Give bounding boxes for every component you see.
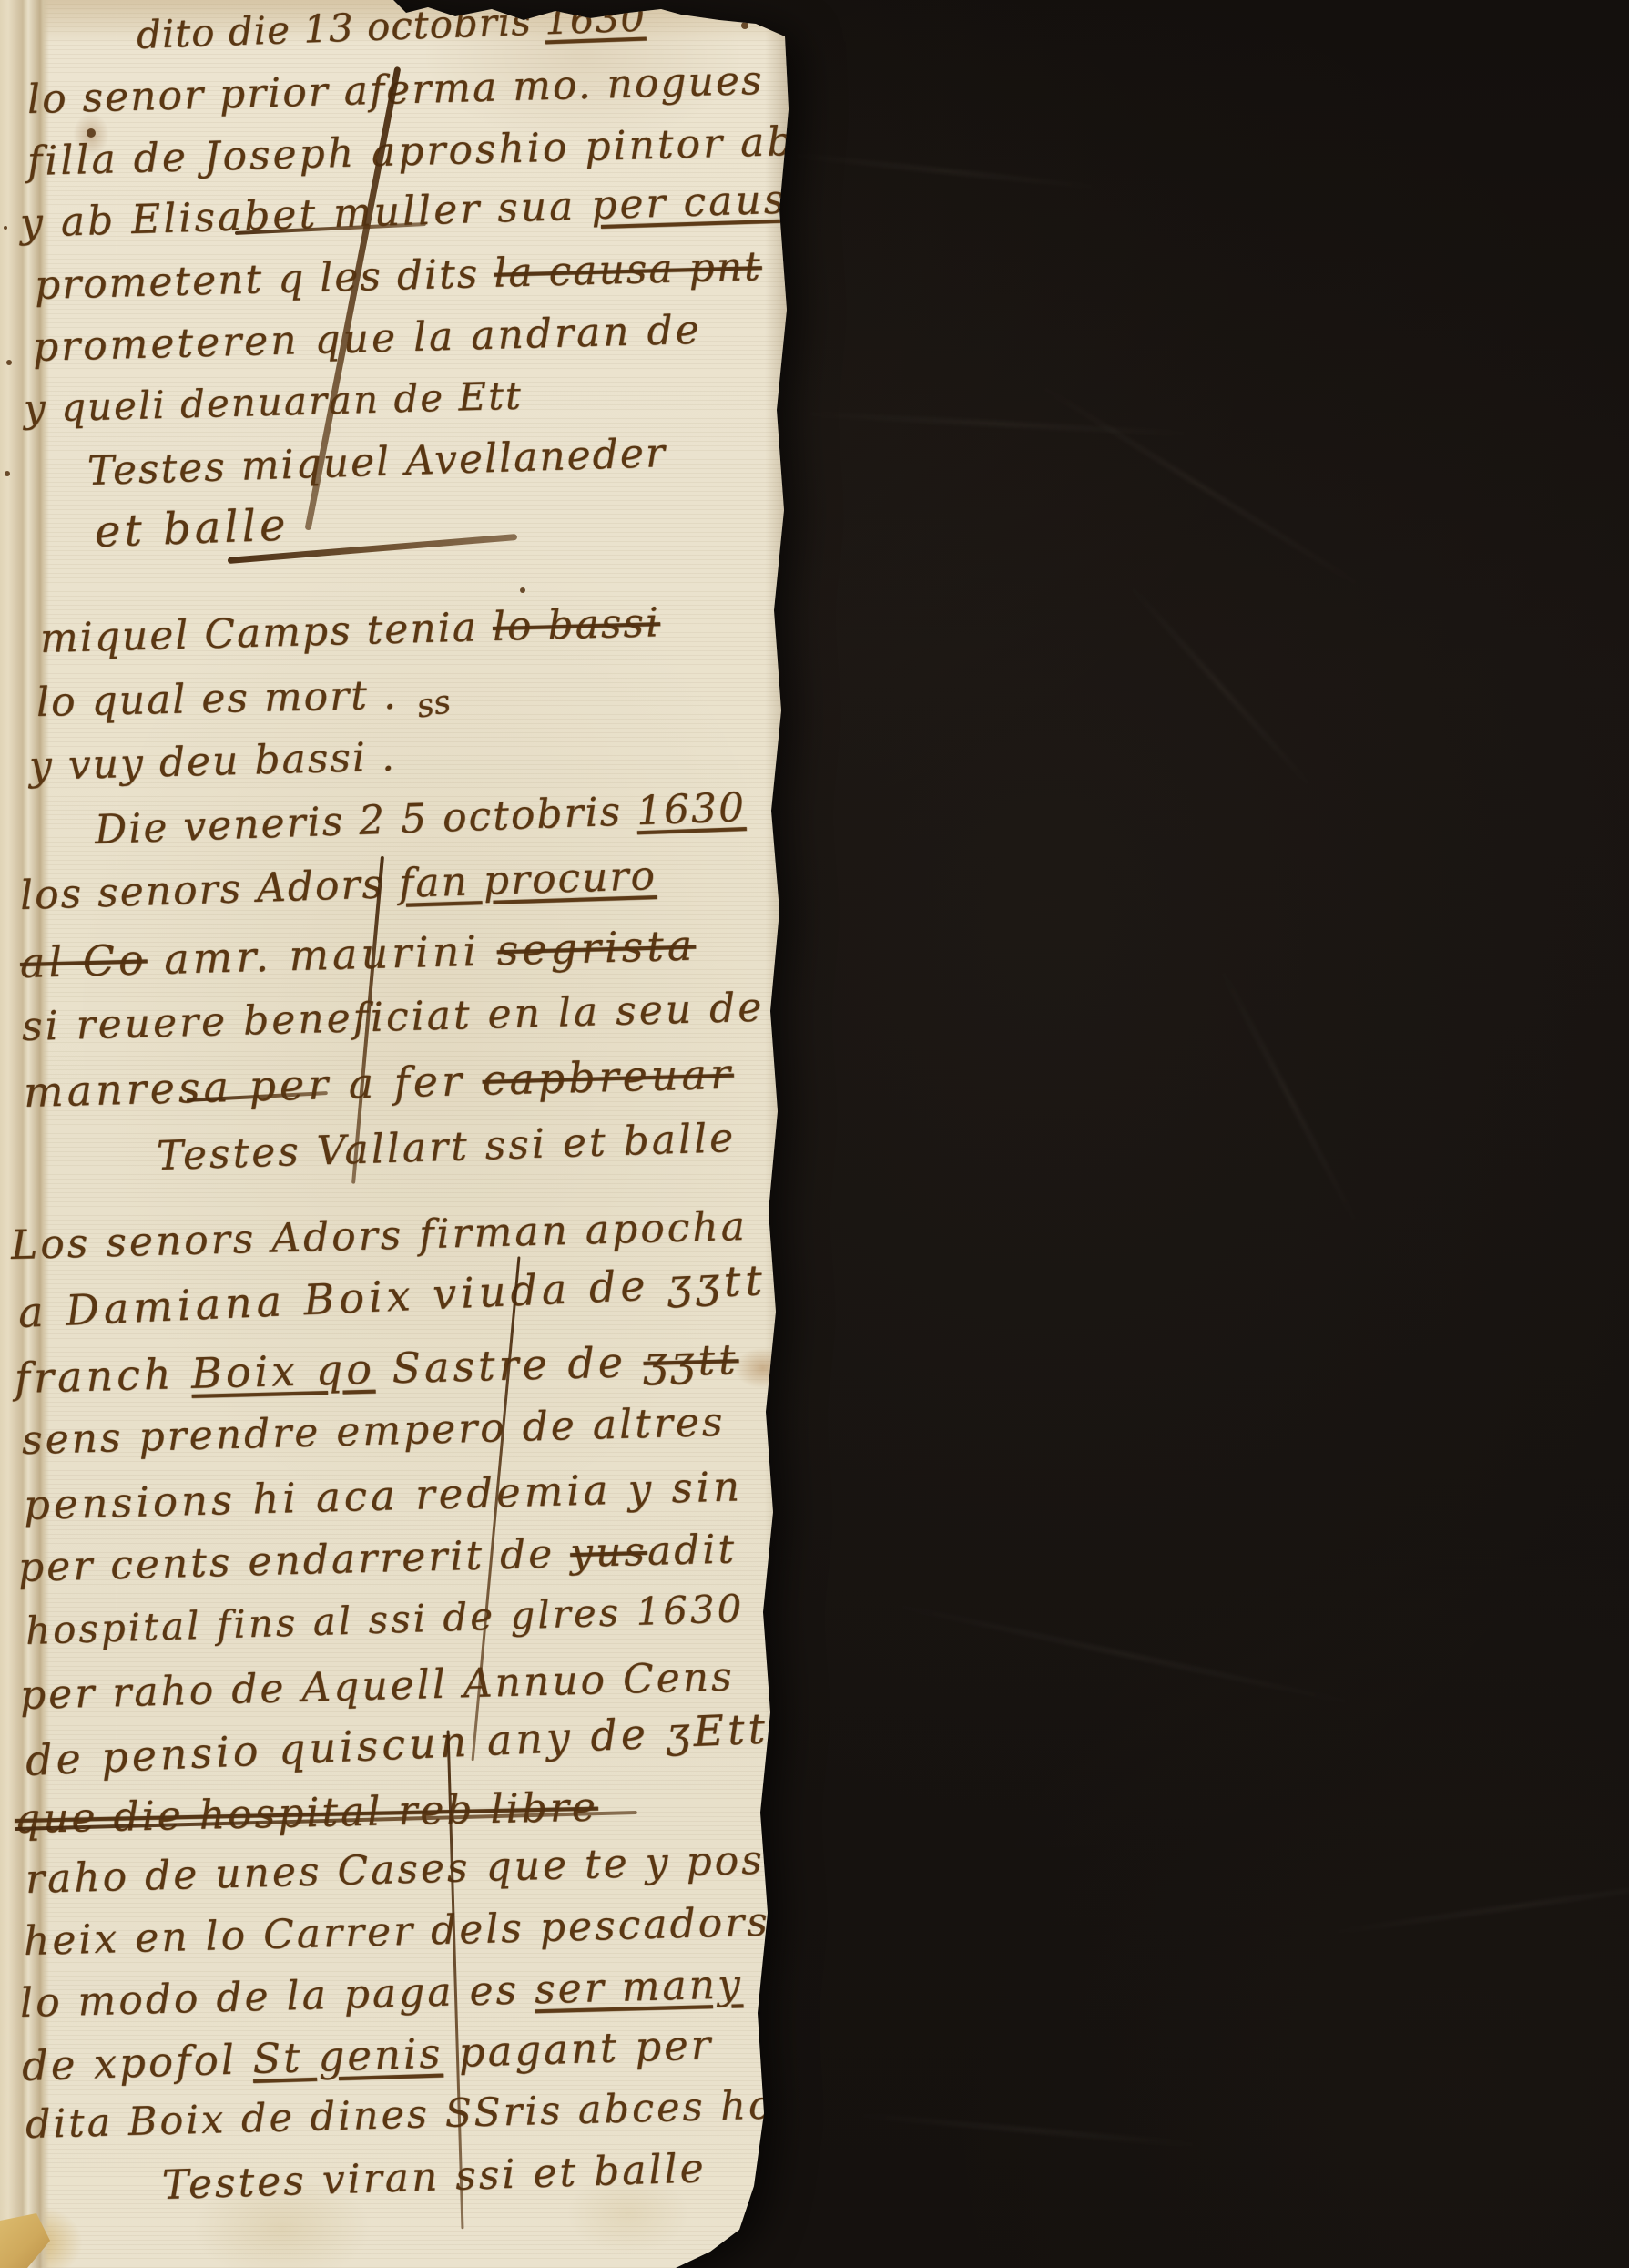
manuscript-line: dita Boix de dines SSris abces ho bbox=[25, 2082, 775, 2148]
ink-text: y ab Elisabet muller sua bbox=[19, 182, 592, 247]
screenshot-root: { "page": { "kind": "archival photograph… bbox=[0, 0, 1629, 2268]
manuscript-line: manresa per a fer capbreuar bbox=[23, 1049, 734, 1117]
manuscript-line: per cents endarrerit de yusadit bbox=[17, 1526, 737, 1591]
struck-text: lo bassi bbox=[492, 599, 660, 650]
ink-speck bbox=[5, 471, 10, 476]
ink-text: dito die 13 octobris bbox=[136, 0, 545, 57]
ink-text: amr. maurini bbox=[147, 925, 497, 984]
struck-text: al Co bbox=[19, 935, 148, 987]
manuscript-line: filla de Joseph aproshio pintor ab bbox=[26, 118, 796, 185]
manuscript-line: y ab Elisabet muller sua per causa bbox=[19, 176, 814, 247]
manuscript-line: heix en lo Carrer dels pescadors bbox=[23, 1899, 770, 1965]
ink-text: franch bbox=[14, 1349, 191, 1403]
ink-text: lo qual es mort . bbox=[36, 672, 398, 726]
ink-speck bbox=[520, 587, 525, 593]
manuscript-line: lo modo de la paga es ser many bbox=[19, 1961, 743, 2027]
manuscript-line: hospital fins al ssi de glres 1630 bbox=[25, 1586, 745, 1653]
ink-text: miquel Camps tenia bbox=[39, 604, 493, 662]
ink-speck bbox=[6, 360, 12, 365]
manuscript-line: si reuere beneficiat en la seu de bbox=[21, 985, 765, 1050]
ink-text: adit bbox=[647, 1526, 737, 1575]
ink-text: Los senors Adors firman apocha bbox=[10, 1203, 748, 1269]
ink-speck bbox=[87, 128, 96, 138]
ink-text: dita Boix de dines SSris abces ho bbox=[25, 2082, 775, 2148]
witness-line: Testes viran ssi et balle bbox=[161, 2145, 707, 2209]
ink-text: y queli denuaran de Ett bbox=[23, 373, 523, 431]
witness-line: Testes Vallart ssi et balle bbox=[156, 1115, 737, 1180]
ink-text: filla de Joseph aproshio pintor ab bbox=[26, 118, 796, 185]
underlined-text: 1630 bbox=[544, 0, 647, 43]
underlined-text: ser many bbox=[534, 1961, 743, 2013]
manuscript-page: dito die 13 octobris 1630lo senor prior … bbox=[0, 0, 792, 2268]
struck-text: la causa pnt bbox=[494, 243, 763, 297]
ink-text: a Damiana Boix viuda de ʒʒtt bbox=[17, 1255, 768, 1337]
manuscript-line: al Co amr. maurini segrista bbox=[19, 921, 697, 987]
manuscript-line: franch Boix qo Sastre de ʒʒtt bbox=[14, 1334, 739, 1403]
ink-text: pagant per bbox=[443, 2020, 714, 2077]
paper-wrapper: dito die 13 octobris 1630lo senor prior … bbox=[0, 0, 1629, 2268]
ink-text: pensions hi aca redemia y sin bbox=[23, 1462, 743, 1529]
ink-text: ss bbox=[413, 683, 453, 726]
underlined-text: 1630 bbox=[636, 784, 747, 834]
struck-text: segrista bbox=[496, 921, 697, 976]
ink-text: si reuere beneficiat en la seu de bbox=[21, 985, 765, 1050]
ink-text: de xpofol bbox=[21, 2035, 253, 2090]
ink-text: y vuy deu bassi . bbox=[28, 733, 396, 790]
witness-line: et balle bbox=[94, 500, 290, 557]
manuscript-line: lo qual es mort . bbox=[36, 672, 398, 726]
ink-text: prometent q les dits bbox=[34, 250, 494, 309]
ink-text: Testes Vallart ssi et balle bbox=[156, 1115, 737, 1180]
ink-text: manresa per a fer bbox=[23, 1056, 483, 1117]
struck-text: yus bbox=[569, 1528, 647, 1577]
ink-text: Testes miquel Avellaneder bbox=[87, 430, 667, 495]
manuscript-line: los senors Adors fan procuro bbox=[19, 853, 657, 919]
date-heading-2: Die veneris 2 5 octobris 1630 bbox=[94, 784, 747, 853]
ink-speck bbox=[741, 22, 748, 29]
manuscript-line: a Damiana Boix viuda de ʒʒtt bbox=[17, 1255, 768, 1337]
ink-text: et balle bbox=[94, 500, 290, 557]
page-corner-fragment bbox=[0, 2213, 53, 2268]
manuscript-line: raho de unes Cases que te y posse bbox=[25, 1835, 815, 1903]
ink-text: de pensio quiscun any de bbox=[25, 1708, 667, 1785]
ink-text: raho de unes Cases que te y posse bbox=[25, 1835, 815, 1903]
manuscript-line: y queli denuaran de Ett bbox=[23, 373, 523, 431]
struck-text: ʒʒtt bbox=[643, 1334, 739, 1386]
underlined-text: per causa bbox=[590, 176, 814, 230]
date-heading-1: dito die 13 octobris 1630 bbox=[136, 0, 647, 57]
ink-text: los senors Adors bbox=[19, 861, 400, 919]
witness-line: Testes miquel Avellaneder bbox=[87, 430, 667, 495]
manuscript-line: miquel Camps tenia lo bassi bbox=[39, 599, 660, 662]
ink-text: Testes viran ssi et balle bbox=[161, 2145, 707, 2209]
ink-text: heix en lo Carrer dels pescadors bbox=[23, 1899, 770, 1965]
manuscript-line: de xpofol St genis pagant per bbox=[21, 2020, 714, 2090]
manuscript-line: prometent q les dits la causa pnt bbox=[34, 243, 762, 309]
underlined-text: fan procuro bbox=[398, 853, 657, 907]
struck-text: capbreuar bbox=[482, 1049, 735, 1105]
manuscript-line: pensions hi aca redemia y sin bbox=[23, 1462, 743, 1529]
ink-text: lo modo de la paga es bbox=[19, 1967, 535, 2027]
ink-text: hospital fins al ssi de glres 1630 bbox=[25, 1586, 745, 1653]
underlined-text: Boix qo bbox=[190, 1344, 375, 1398]
ink-speck bbox=[4, 226, 7, 230]
paraph-mark: ss bbox=[413, 683, 453, 726]
manuscript-line: prometeren que la andran de bbox=[32, 307, 702, 371]
manuscript-line: sens prendre empero de altres bbox=[21, 1399, 726, 1464]
ink-text: ʒEttȝ bbox=[665, 1702, 795, 1757]
underlined-text: St genis bbox=[252, 2028, 444, 2083]
ink-text: Die veneris 2 5 octobris bbox=[94, 788, 637, 853]
ink-text: prometeren que la andran de bbox=[32, 307, 702, 371]
manuscript-line: Los senors Adors firman apocha bbox=[10, 1203, 748, 1269]
ink-text: sens prendre empero de altres bbox=[21, 1399, 726, 1464]
manuscript-line: y vuy deu bassi . bbox=[28, 733, 396, 790]
